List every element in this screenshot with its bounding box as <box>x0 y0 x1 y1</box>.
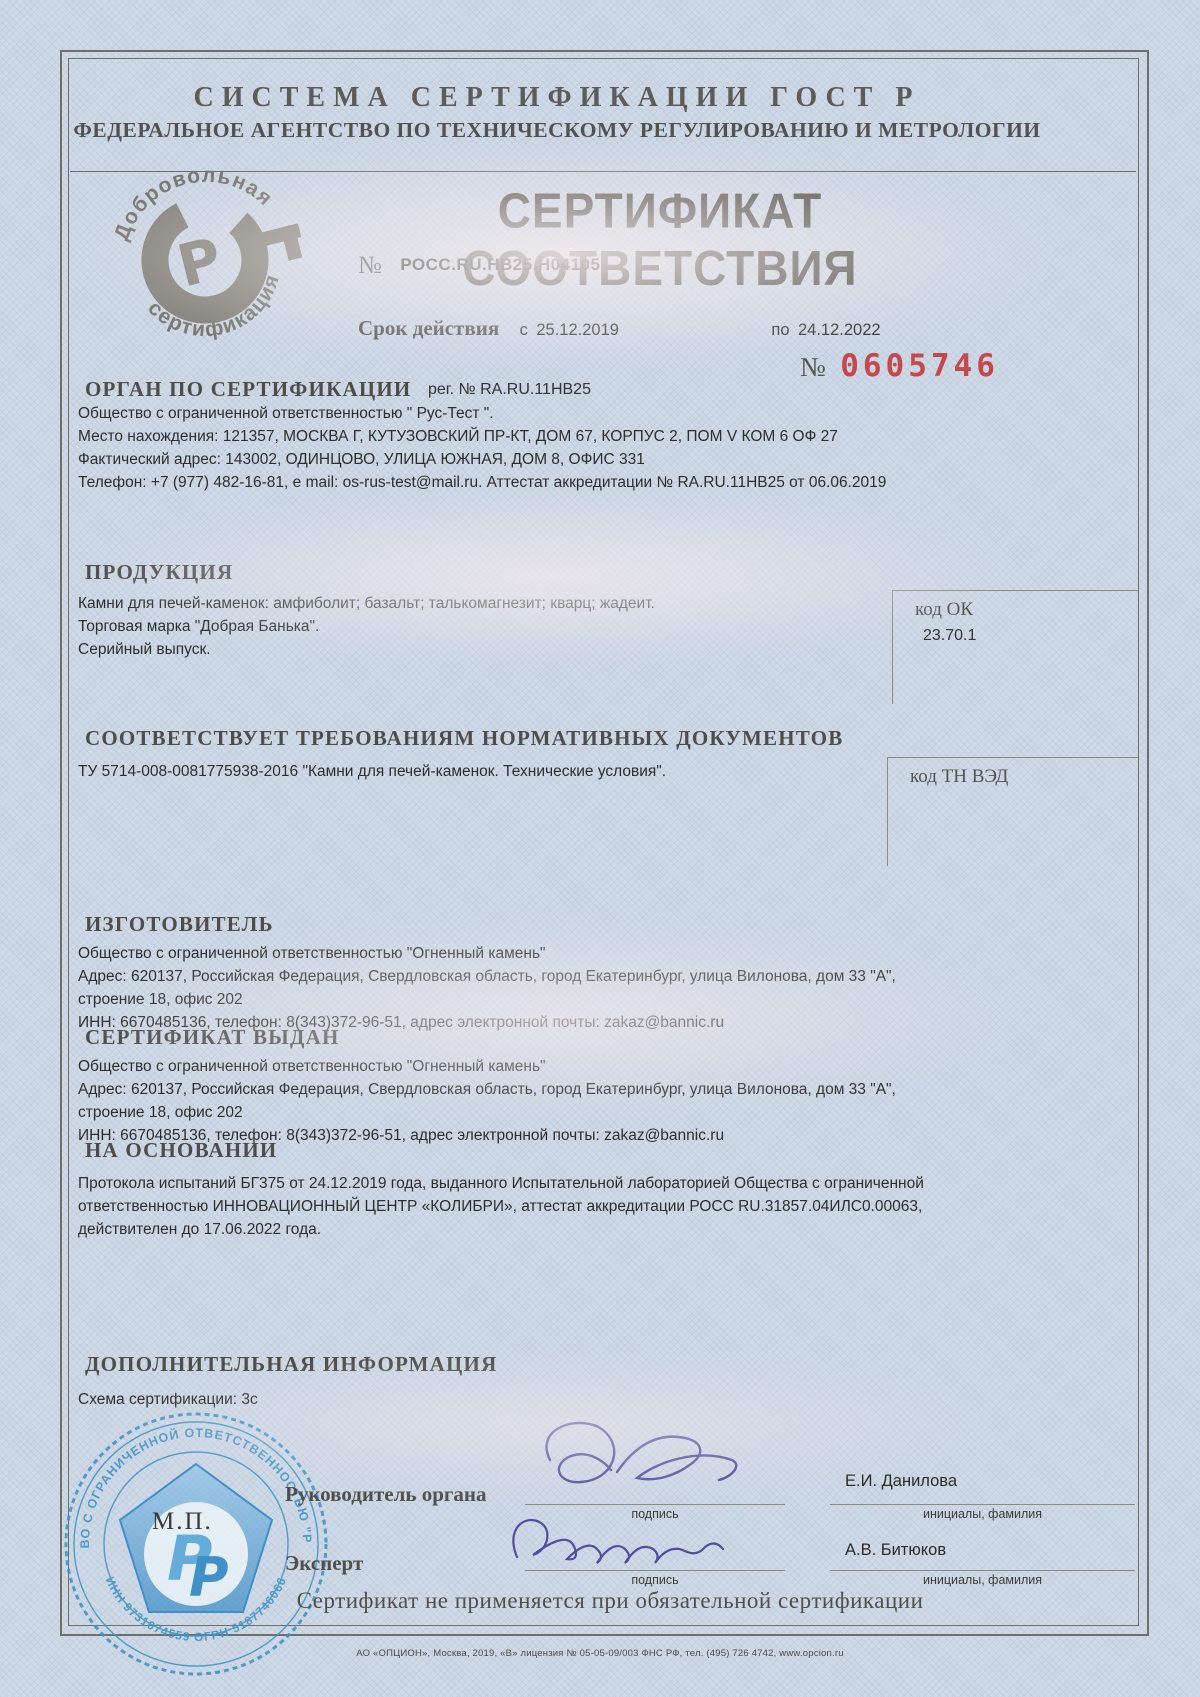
form-number-row: № 0605746 <box>800 348 999 384</box>
form-number-value: 0605746 <box>840 348 999 384</box>
compliance-line: ТУ 5714-008-0081775938-2016 "Камни для п… <box>78 760 666 783</box>
product-line: Камни для печей-каменок: амфиболит; база… <box>78 592 655 615</box>
valid-from-label: с <box>520 321 528 339</box>
signature-head-name-line <box>830 1482 1135 1505</box>
agency-title: ФЕДЕРАЛЬНОЕ АГЕНТСТВО ПО ТЕХНИЧЕСКОМУ РЕ… <box>62 118 1052 143</box>
issued-to-line: строение 18, офис 202 <box>78 1101 896 1124</box>
certification-body-line: Место нахождения: 121357, МОСКВА Г, КУТУ… <box>78 425 886 448</box>
certification-body-line: Фактический адрес: 143002, ОДИНЦОВО, УЛИ… <box>78 448 886 471</box>
signature-role-head: Руководитель органа <box>285 1482 487 1507</box>
validity-row: Срок действия с 25.12.2019 по 24.12.2022 <box>358 316 881 341</box>
code-tnved-box: код ТН ВЭД <box>887 757 1138 866</box>
signature-head-name-caption: инициалы, фамилия <box>830 1507 1135 1521</box>
validity-label: Срок действия <box>358 316 499 340</box>
product-heading: ПРОДУКЦИЯ <box>85 560 233 585</box>
printer-info: АО «ОПЦИОН», Москва, 2019, «В» лицензия … <box>100 1648 1100 1659</box>
code-ok-box: код ОК 23.70.1 <box>892 590 1138 704</box>
reg-number-value: РОСС.RU.НВ25.Н04105 <box>400 255 600 274</box>
valid-to-label: по <box>771 321 789 339</box>
basis-text: Протокола испытаний БГ375 от 24.12.2019 … <box>78 1172 924 1241</box>
certification-body-line: Общество с ограниченной ответственностью… <box>78 402 886 425</box>
code-tnved-label: код ТН ВЭД <box>910 766 1138 788</box>
issued-to-text: Общество с ограниченной ответственностью… <box>78 1055 896 1147</box>
system-title: СИСТЕМА СЕРТИФИКАЦИИ ГОСТ Р <box>62 82 1052 114</box>
signature-head-line <box>525 1482 785 1505</box>
certificate-page: СИСТЕМА СЕРТИФИКАЦИИ ГОСТ Р ФЕДЕРАЛЬНОЕ … <box>0 0 1200 1697</box>
signature-expert-name-caption: инициалы, фамилия <box>830 1573 1135 1587</box>
additional-heading: ДОПОЛНИТЕЛЬНАЯ ИНФОРМАЦИЯ <box>85 1352 497 1377</box>
manufacturer-line: строение 18, офис 202 <box>78 988 896 1011</box>
manufacturer-line: Адрес: 620137, Российская Федерация, Све… <box>78 965 896 988</box>
rus-test-stamp: ОБЩЕСТВО С ОГРАНИЧЕННОЙ ОТВЕТСТВЕННОСТЬЮ… <box>55 1402 337 1684</box>
issued-to-heading: СЕРТИФИКАТ ВЫДАН <box>85 1025 340 1050</box>
issued-to-line: Адрес: 620137, Российская Федерация, Све… <box>78 1078 896 1101</box>
basis-line: ответственностью ИННОВАЦИОННЫЙ ЦЕНТР «КО… <box>78 1195 924 1218</box>
certification-body-line: Телефон: +7 (977) 482-16-81, e mail: os-… <box>78 471 886 494</box>
certification-body-text: Общество с ограниченной ответственностью… <box>78 402 886 494</box>
code-ok-label: код ОК <box>915 599 1138 621</box>
valid-to-date: 24.12.2022 <box>798 321 881 339</box>
certificate-footnote: Сертификат не применяется при обязательн… <box>100 1588 1120 1614</box>
certification-body-heading: ОРГАН ПО СЕРТИФИКАЦИИ <box>85 377 411 401</box>
reg-number-row: № РОСС.RU.НВ25.Н04105 <box>358 252 600 280</box>
form-number-sign: № <box>800 352 826 382</box>
compliance-text: ТУ 5714-008-0081775938-2016 "Камни для п… <box>78 760 666 783</box>
code-ok-value: 23.70.1 <box>923 627 1138 645</box>
manufacturer-heading: ИЗГОТОВИТЕЛЬ <box>85 912 274 937</box>
compliance-heading: СООТВЕТСТВУЕТ ТРЕБОВАНИЯМ НОРМАТИВНЫХ ДО… <box>85 726 843 751</box>
signature-expert-caption: подпись <box>525 1573 785 1587</box>
manufacturer-line: Общество с ограниченной ответственностью… <box>78 942 896 965</box>
product-line: Торговая марка "Добрая Банька". <box>78 615 655 638</box>
signature-expert-role: Эксперт <box>285 1551 363 1576</box>
reg-number-label: № <box>358 252 382 279</box>
basis-line: действителен до 17.06.2022 года. <box>78 1218 924 1241</box>
basis-heading: НА ОСНОВАНИИ <box>85 1138 277 1163</box>
signature-expert-line <box>525 1548 785 1571</box>
issued-to-line: Общество с ограниченной ответственностью… <box>78 1055 896 1078</box>
certification-body-heading-row: ОРГАН ПО СЕРТИФИКАЦИИ рег. № RA.RU.11НВ2… <box>85 377 591 402</box>
valid-from-date: 25.12.2019 <box>536 321 619 339</box>
basis-line: Протокола испытаний БГ375 от 24.12.2019 … <box>78 1172 924 1195</box>
product-text: Камни для печей-каменок: амфиболит; база… <box>78 592 655 661</box>
signature-expert-name-line <box>830 1548 1135 1571</box>
pct-logo: Добровольная сертификация Р <box>98 168 313 348</box>
stamp-mp-label: М.П. <box>152 1508 213 1536</box>
product-line: Серийный выпуск. <box>78 638 655 661</box>
certification-body-reg: рег. № RA.RU.11НВ25 <box>428 381 591 398</box>
manufacturer-text: Общество с ограниченной ответственностью… <box>78 942 896 1034</box>
